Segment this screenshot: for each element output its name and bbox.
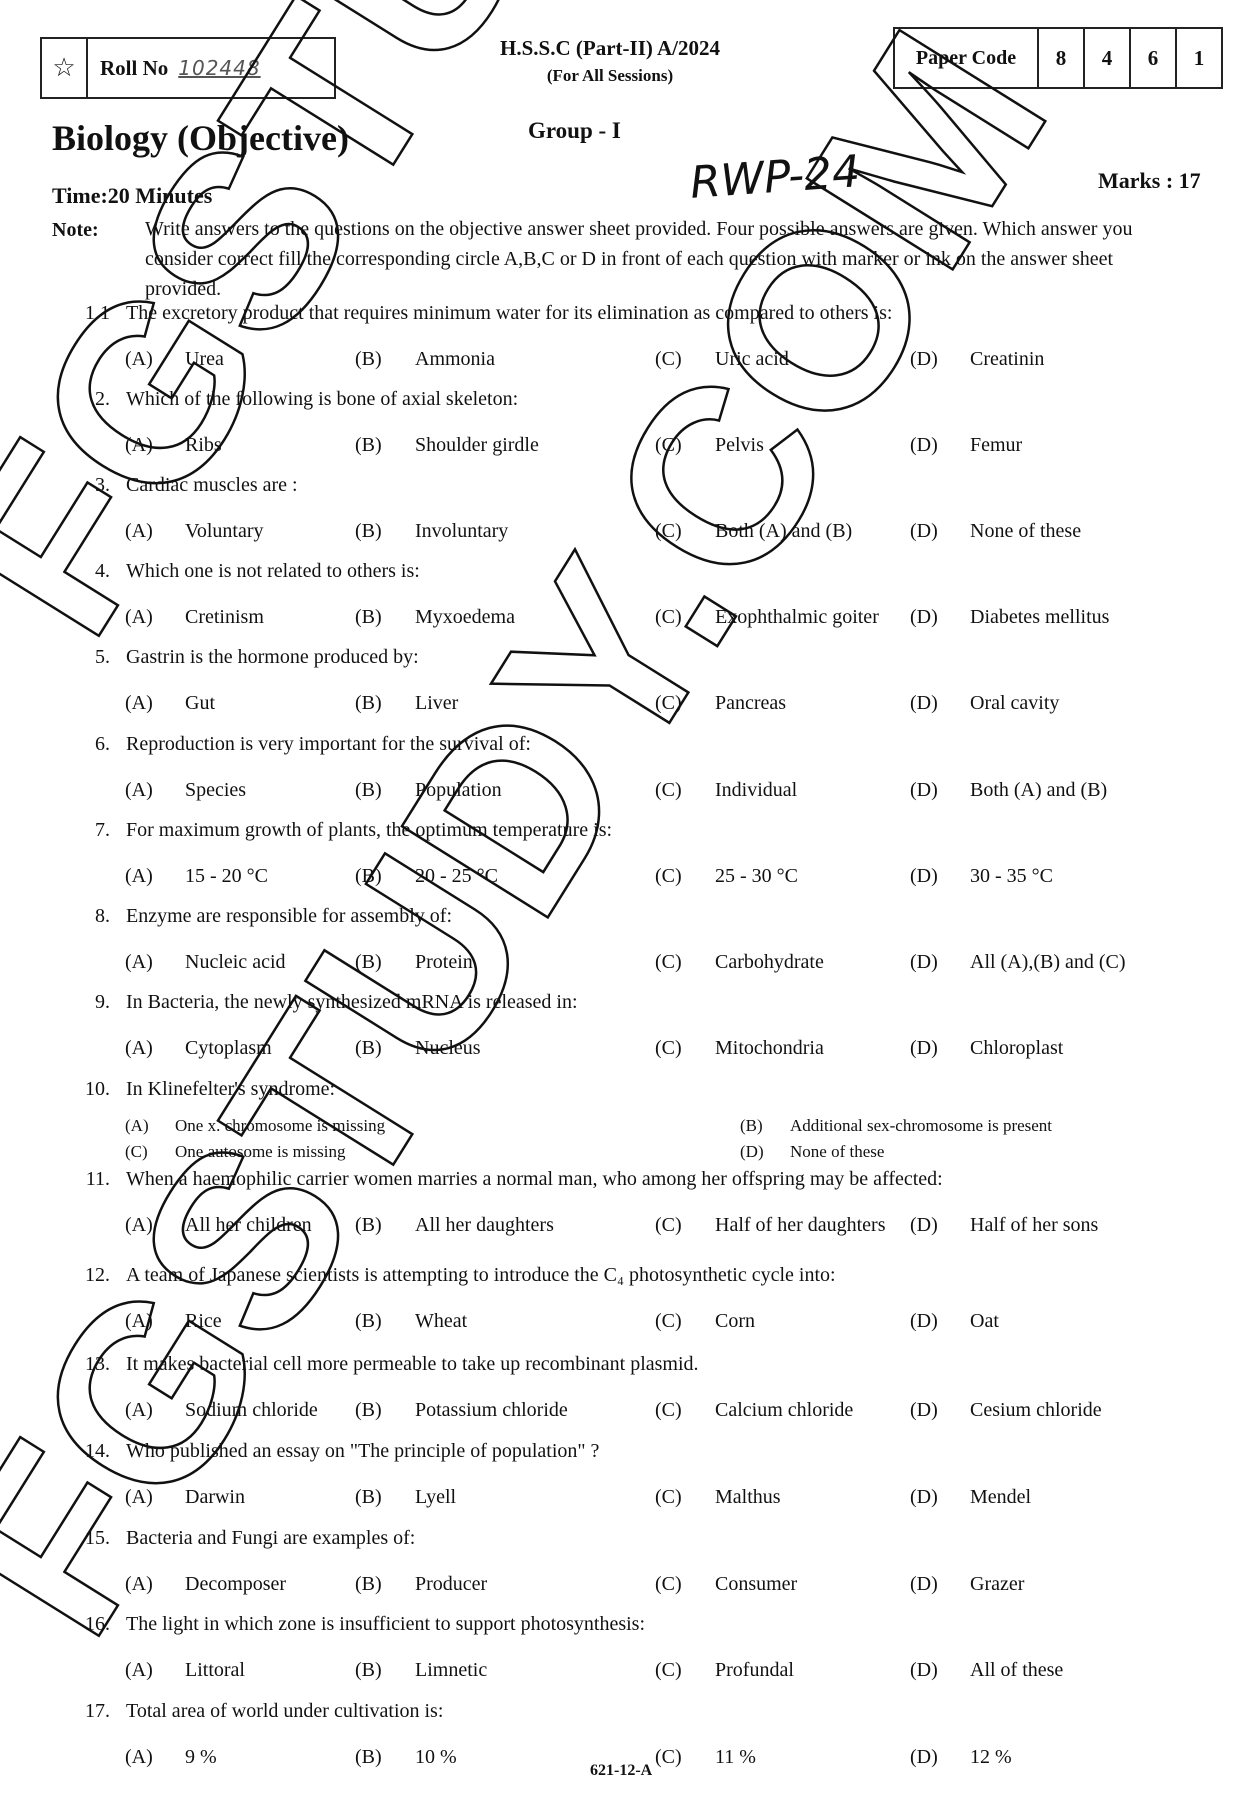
answer-option: (D)Oat xyxy=(910,1310,999,1333)
option-letter: (C) xyxy=(655,1659,715,1682)
option-text: Producer xyxy=(415,1573,487,1595)
option-text: Pancreas xyxy=(715,692,786,714)
option-letter: (A) xyxy=(125,434,185,457)
time-label: Time:20 Minutes xyxy=(52,183,212,209)
option-letter: (C) xyxy=(655,1399,715,1422)
option-letter: (C) xyxy=(655,1037,715,1060)
answer-option: (D)Femur xyxy=(910,434,1022,457)
option-letter: (D) xyxy=(910,434,970,457)
option-letter: (A) xyxy=(125,348,185,371)
note-label: Note: xyxy=(52,219,99,242)
option-letter: (D) xyxy=(910,348,970,371)
option-text: Additional sex-chromosome is present xyxy=(790,1116,1052,1135)
answer-option: (C)Pelvis xyxy=(655,434,764,457)
option-text: Involuntary xyxy=(415,520,508,542)
exam-subtitle: (For All Sessions) xyxy=(440,66,780,86)
option-text: None of these xyxy=(970,520,1081,542)
option-text: Pelvis xyxy=(715,434,764,456)
option-text: Diabetes mellitus xyxy=(970,606,1109,628)
answer-option: (A)Darwin xyxy=(125,1486,245,1509)
question-number: 2. xyxy=(60,388,110,411)
answer-option: (A)Gut xyxy=(125,692,215,715)
option-text: Both (A) and (B) xyxy=(970,779,1107,801)
option-letter: (D) xyxy=(910,1310,970,1333)
option-text: Wheat xyxy=(415,1310,467,1332)
option-text: Oral cavity xyxy=(970,692,1059,714)
option-text: Darwin xyxy=(185,1486,245,1508)
option-letter: (D) xyxy=(910,692,970,715)
option-letter: (D) xyxy=(910,1573,970,1596)
option-letter: (C) xyxy=(655,348,715,371)
option-letter: (A) xyxy=(125,1037,185,1060)
answer-option: (A)Species xyxy=(125,779,246,802)
marks-label: Marks : 17 xyxy=(1098,168,1201,194)
answer-option: (B)20 - 25 °C xyxy=(355,865,498,888)
option-letter: (B) xyxy=(355,606,415,629)
option-text: Cytoplasm xyxy=(185,1037,272,1059)
option-letter: (D) xyxy=(910,1214,970,1237)
group-label: Group - I xyxy=(528,118,621,144)
option-letter: (D) xyxy=(740,1142,790,1162)
option-letter: (B) xyxy=(355,692,415,715)
handwritten-note: RWP-24 xyxy=(688,146,861,209)
option-text: Nucleus xyxy=(415,1037,481,1059)
option-letter: (C) xyxy=(655,692,715,715)
option-letter: (B) xyxy=(355,779,415,802)
paper-code-digit: 8 xyxy=(1037,29,1083,87)
option-letter: (A) xyxy=(125,692,185,715)
option-text: Corn xyxy=(715,1310,755,1332)
option-text: Rice xyxy=(185,1310,222,1332)
option-letter: (D) xyxy=(910,951,970,974)
question-number: 11. xyxy=(60,1168,110,1191)
answer-option: (A)Sodium chloride xyxy=(125,1399,318,1422)
answer-option: (C)Profundal xyxy=(655,1659,794,1682)
roll-number-box: ☆ Roll No 102448 xyxy=(40,37,336,99)
option-text: All her children xyxy=(185,1214,312,1236)
question-text: A team of Japanese scientists is attempt… xyxy=(126,1264,836,1287)
answer-option: (B)Liver xyxy=(355,692,458,715)
answer-option: (D)Both (A) and (B) xyxy=(910,779,1107,802)
answer-option: (D)Grazer xyxy=(910,1573,1024,1596)
answer-option: (C)11 % xyxy=(655,1746,756,1769)
question-text: The excretory product that requires mini… xyxy=(126,302,892,325)
option-letter: (A) xyxy=(125,779,185,802)
answer-option: (C)Corn xyxy=(655,1310,755,1333)
option-letter: (C) xyxy=(655,606,715,629)
roll-label: Roll No xyxy=(100,56,168,81)
answer-option: (B)Myxoedema xyxy=(355,606,515,629)
option-text: Liver xyxy=(415,692,458,714)
option-text: 11 % xyxy=(715,1746,756,1768)
answer-option: (B)All her daughters xyxy=(355,1214,554,1237)
option-letter: (D) xyxy=(910,606,970,629)
option-letter: (D) xyxy=(910,865,970,888)
answer-option: (D)30 - 35 °C xyxy=(910,865,1053,888)
note-text: Write answers to the questions on the ob… xyxy=(145,214,1155,304)
question-text: Which one is not related to others is: xyxy=(126,560,420,583)
footer-code: 621-12-A xyxy=(590,1762,652,1780)
answer-option: (B)Involuntary xyxy=(355,520,508,543)
answer-option: (C)Both (A) and (B) xyxy=(655,520,852,543)
option-text: Individual xyxy=(715,779,797,801)
answer-option: (D)Chloroplast xyxy=(910,1037,1063,1060)
option-letter: (B) xyxy=(740,1116,790,1136)
answer-option: (D)None of these xyxy=(910,520,1081,543)
option-letter: (B) xyxy=(355,1214,415,1237)
option-text: 30 - 35 °C xyxy=(970,865,1053,887)
option-text: Limnetic xyxy=(415,1659,487,1681)
option-text: Species xyxy=(185,779,246,801)
answer-option: (C)Malthus xyxy=(655,1486,781,1509)
answer-option: (A)Littoral xyxy=(125,1659,245,1682)
option-text: Mendel xyxy=(970,1486,1031,1508)
question-text: Total area of world under cultivation is… xyxy=(126,1700,443,1723)
subject-title: Biology (Objective) xyxy=(52,117,349,159)
answer-option: (A)15 - 20 °C xyxy=(125,865,268,888)
option-text: Consumer xyxy=(715,1573,797,1595)
answer-option: (C)Uric acid xyxy=(655,348,789,371)
paper-code-label: Paper Code xyxy=(895,29,1037,87)
answer-option: (B)Protein xyxy=(355,951,473,974)
option-letter: (C) xyxy=(655,434,715,457)
answer-option: (D)12 % xyxy=(910,1746,1012,1769)
question-number: 8. xyxy=(60,905,110,928)
question-number: 13. xyxy=(60,1353,110,1376)
answer-option: (D)Diabetes mellitus xyxy=(910,606,1109,629)
question-text: The light in which zone is insufficient … xyxy=(126,1613,645,1636)
option-letter: (B) xyxy=(355,1037,415,1060)
answer-option: (B)10 % xyxy=(355,1746,457,1769)
option-letter: (B) xyxy=(355,1659,415,1682)
option-letter: (A) xyxy=(125,1310,185,1333)
answer-option: (C)Pancreas xyxy=(655,692,786,715)
option-text: Sodium chloride xyxy=(185,1399,318,1421)
answer-option: (A)Nucleic acid xyxy=(125,951,286,974)
option-letter: (D) xyxy=(910,1746,970,1769)
option-text: Cesium chloride xyxy=(970,1399,1102,1421)
option-text: Urea xyxy=(185,348,224,370)
option-text: Ribs xyxy=(185,434,222,456)
answer-option: (C)Individual xyxy=(655,779,797,802)
option-letter: (C) xyxy=(655,520,715,543)
option-text: Population xyxy=(415,779,502,801)
question-number: 17. xyxy=(60,1700,110,1723)
option-text: Gut xyxy=(185,692,215,714)
answer-option: (A)Cytoplasm xyxy=(125,1037,272,1060)
option-text: Protein xyxy=(415,951,473,973)
option-letter: (A) xyxy=(125,865,185,888)
question-text: Gastrin is the hormone produced by: xyxy=(126,646,419,669)
option-letter: (A) xyxy=(125,951,185,974)
option-letter: (A) xyxy=(125,1486,185,1509)
option-text: Creatinin xyxy=(970,348,1044,370)
option-letter: (B) xyxy=(355,865,415,888)
option-letter: (B) xyxy=(355,1310,415,1333)
option-text: Malthus xyxy=(715,1486,781,1508)
option-letter: (A) xyxy=(125,520,185,543)
option-text: Potassium chloride xyxy=(415,1399,568,1421)
option-letter: (B) xyxy=(355,1486,415,1509)
option-text: Half of her sons xyxy=(970,1214,1098,1236)
star-icon: ☆ xyxy=(42,39,88,97)
option-text: Lyell xyxy=(415,1486,456,1508)
question-text: It makes bacterial cell more permeable t… xyxy=(126,1353,699,1376)
answer-option: (A)Decomposer xyxy=(125,1573,286,1596)
answer-option: (B)Population xyxy=(355,779,502,802)
question-number: 3. xyxy=(60,474,110,497)
option-letter: (A) xyxy=(125,606,185,629)
option-letter: (C) xyxy=(655,1573,715,1596)
question-text: Reproduction is very important for the s… xyxy=(126,733,531,756)
question-number: 6. xyxy=(60,733,110,756)
option-letter: (A) xyxy=(125,1746,185,1769)
answer-option: (C)25 - 30 °C xyxy=(655,865,798,888)
option-letter: (A) xyxy=(125,1399,185,1422)
answer-option: (B)Additional sex-chromosome is present xyxy=(740,1116,1052,1136)
answer-option: (B)Lyell xyxy=(355,1486,456,1509)
option-letter: (B) xyxy=(355,1746,415,1769)
option-text: Myxoedema xyxy=(415,606,515,628)
answer-option: (D)Creatinin xyxy=(910,348,1044,371)
answer-option: (D)All (A),(B) and (C) xyxy=(910,951,1126,974)
answer-option: (D)Cesium chloride xyxy=(910,1399,1102,1422)
answer-option: (A)Rice xyxy=(125,1310,222,1333)
question-number: 7. xyxy=(60,819,110,842)
question-text: For maximum growth of plants, the optimu… xyxy=(126,819,612,842)
option-text: Ammonia xyxy=(415,348,495,370)
question-number: 5. xyxy=(60,646,110,669)
question-text: Enzyme are responsible for assembly of: xyxy=(126,905,452,928)
option-letter: (C) xyxy=(655,1310,715,1333)
question-text: Cardiac muscles are : xyxy=(126,474,298,497)
option-text: 20 - 25 °C xyxy=(415,865,498,887)
option-text: Mitochondria xyxy=(715,1037,824,1059)
option-text: Shoulder girdle xyxy=(415,434,539,456)
paper-code-digit: 4 xyxy=(1083,29,1129,87)
option-letter: (C) xyxy=(655,1214,715,1237)
option-text: All (A),(B) and (C) xyxy=(970,951,1126,973)
option-letter: (C) xyxy=(655,1746,715,1769)
answer-option: (B)Producer xyxy=(355,1573,487,1596)
option-text: Littoral xyxy=(185,1659,245,1681)
option-text: Oat xyxy=(970,1310,999,1332)
option-letter: (D) xyxy=(910,779,970,802)
option-letter: (C) xyxy=(655,951,715,974)
option-letter: (C) xyxy=(655,779,715,802)
option-letter: (B) xyxy=(355,1399,415,1422)
option-text: Half of her daughters xyxy=(715,1214,886,1236)
question-text: When a haemophilic carrier women marries… xyxy=(126,1168,943,1191)
option-letter: (A) xyxy=(125,1116,175,1136)
question-number: 4. xyxy=(60,560,110,583)
answer-option: (A)One x. chromosome is missing xyxy=(125,1116,385,1136)
answer-option: (C)Exophthalmic goiter xyxy=(655,606,879,629)
option-text: 25 - 30 °C xyxy=(715,865,798,887)
answer-option: (B)Shoulder girdle xyxy=(355,434,539,457)
option-text: Grazer xyxy=(970,1573,1024,1595)
answer-option: (C)Carbohydrate xyxy=(655,951,824,974)
option-letter: (D) xyxy=(910,1486,970,1509)
exam-title: H.S.S.C (Part-II) A/2024 xyxy=(440,36,780,61)
option-letter: (A) xyxy=(125,1573,185,1596)
roll-value: 102448 xyxy=(178,56,260,80)
question-number: 10. xyxy=(60,1078,110,1101)
answer-option: (C)One autosome is missing xyxy=(125,1142,345,1162)
answer-option: (D)All of these xyxy=(910,1659,1063,1682)
option-text: Exophthalmic goiter xyxy=(715,606,879,628)
question-number: 12. xyxy=(60,1264,110,1287)
answer-option: (C)Calcium chloride xyxy=(655,1399,853,1422)
option-letter: (D) xyxy=(910,1659,970,1682)
option-letter: (D) xyxy=(910,520,970,543)
answer-option: (D)Oral cavity xyxy=(910,692,1059,715)
answer-option: (D)None of these xyxy=(740,1142,884,1162)
question-number: 1.1 xyxy=(60,302,110,325)
option-text: Voluntary xyxy=(185,520,264,542)
answer-option: (B)Nucleus xyxy=(355,1037,481,1060)
option-text: None of these xyxy=(790,1142,884,1161)
option-text: 10 % xyxy=(415,1746,457,1768)
answer-option: (A)All her children xyxy=(125,1214,312,1237)
option-text: 9 % xyxy=(185,1746,217,1768)
answer-option: (B)Potassium chloride xyxy=(355,1399,568,1422)
question-text: In Klinefelter's syndrome: xyxy=(126,1078,335,1101)
answer-option: (B)Wheat xyxy=(355,1310,467,1333)
paper-code-digit: 1 xyxy=(1175,29,1221,87)
answer-option: (C)Half of her daughters xyxy=(655,1214,886,1237)
option-letter: (A) xyxy=(125,1659,185,1682)
option-letter: (C) xyxy=(655,1486,715,1509)
option-text: Chloroplast xyxy=(970,1037,1063,1059)
question-number: 14. xyxy=(60,1440,110,1463)
answer-option: (A)Cretinism xyxy=(125,606,264,629)
answer-option: (A)9 % xyxy=(125,1746,217,1769)
answer-option: (C)Mitochondria xyxy=(655,1037,824,1060)
option-letter: (A) xyxy=(125,1214,185,1237)
answer-option: (D)Mendel xyxy=(910,1486,1031,1509)
question-text: In Bacteria, the newly synthesized mRNA … xyxy=(126,991,578,1014)
question-text: Bacteria and Fungi are examples of: xyxy=(126,1527,415,1550)
option-text: Decomposer xyxy=(185,1573,286,1595)
option-letter: (D) xyxy=(910,1399,970,1422)
question-number: 15. xyxy=(60,1527,110,1550)
option-letter: (B) xyxy=(355,434,415,457)
answer-option: (D)Half of her sons xyxy=(910,1214,1098,1237)
answer-option: (A)Urea xyxy=(125,348,224,371)
paper-code-box: Paper Code 8 4 6 1 xyxy=(893,27,1223,89)
option-text: All her daughters xyxy=(415,1214,554,1236)
answer-option: (A)Voluntary xyxy=(125,520,264,543)
question-text: Which of the following is bone of axial … xyxy=(126,388,518,411)
option-text: Profundal xyxy=(715,1659,794,1681)
option-text: Femur xyxy=(970,434,1022,456)
option-text: One x. chromosome is missing xyxy=(175,1116,385,1135)
option-text: One autosome is missing xyxy=(175,1142,345,1161)
option-text: Calcium chloride xyxy=(715,1399,853,1421)
option-letter: (B) xyxy=(355,951,415,974)
option-text: 15 - 20 °C xyxy=(185,865,268,887)
option-letter: (C) xyxy=(655,865,715,888)
question-number: 16. xyxy=(60,1613,110,1636)
question-text: Who published an essay on "The principle… xyxy=(126,1440,599,1463)
answer-option: (B)Ammonia xyxy=(355,348,495,371)
question-number: 9. xyxy=(60,991,110,1014)
option-letter: (D) xyxy=(910,1037,970,1060)
option-text: Cretinism xyxy=(185,606,264,628)
option-letter: (B) xyxy=(355,1573,415,1596)
answer-option: (B)Limnetic xyxy=(355,1659,487,1682)
option-letter: (B) xyxy=(355,520,415,543)
option-letter: (B) xyxy=(355,348,415,371)
roll-number: Roll No 102448 xyxy=(88,39,261,97)
paper-code-digit: 6 xyxy=(1129,29,1175,87)
option-text: Carbohydrate xyxy=(715,951,824,973)
option-text: All of these xyxy=(970,1659,1063,1681)
option-text: 12 % xyxy=(970,1746,1012,1768)
option-text: Uric acid xyxy=(715,348,789,370)
answer-option: (C)Consumer xyxy=(655,1573,797,1596)
option-text: Nucleic acid xyxy=(185,951,286,973)
option-letter: (C) xyxy=(125,1142,175,1162)
answer-option: (A)Ribs xyxy=(125,434,222,457)
option-text: Both (A) and (B) xyxy=(715,520,852,542)
